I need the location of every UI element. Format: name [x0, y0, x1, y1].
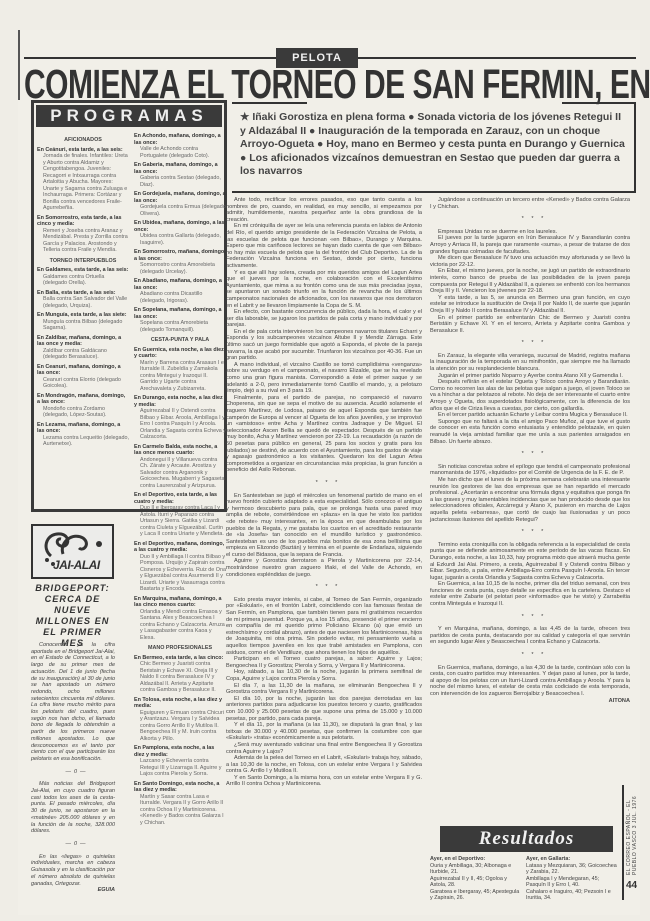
program-matches: Duo II e Ibergaray contra Laca I y Astol…	[134, 505, 226, 538]
separator: * * *	[430, 216, 630, 223]
program-venue: En el Deportivo, mañana, domingo, a las …	[134, 541, 226, 554]
program-category: AFICIONADOS	[37, 137, 129, 144]
program-venue: En Carmelo Balda, esta noche, a las once…	[134, 444, 226, 457]
program-venue: En Guernica, esta noche, a las diez y cu…	[134, 347, 226, 360]
section-header: PELOTA	[24, 48, 636, 52]
program-venue: En Somorrostro, esta tarde, a las cinco …	[37, 215, 129, 228]
paragraph: El día 7, a las 11,30 de la mañana, se e…	[226, 683, 422, 696]
paragraph: Más noticias del Bridgeport Jai-Alai, en…	[31, 781, 115, 835]
program-category: MANO PROFESIONALES	[134, 645, 226, 652]
program-venue: En Santo Domingo, esta noche, a las diez…	[134, 781, 226, 794]
program-matches: Munguía contra Bilbao (delegado Sagarna)…	[37, 319, 129, 332]
paragraph: Me han dicho que el lunes de la próxima …	[430, 477, 630, 523]
program-matches: Galdames contra Ortuella (delegado Orell…	[37, 274, 129, 287]
paragraph: ¿Será muy aventurado vaticinar una final…	[226, 742, 422, 755]
paragraph: Termino esta croniquilla con la obligada…	[430, 542, 630, 582]
programas-box: PROGRAMAS AFICIONADOSEn Ceánuri, esta ta…	[31, 100, 227, 512]
program-venue: En Gaberia, mañana, domingo, a las once:	[134, 162, 226, 175]
paragraph: Conocemos ya la cifra aportada en el Bri…	[31, 642, 115, 763]
paragraph: Y esta tarde, a las 5, se anuncia en Ber…	[430, 295, 630, 315]
program-venue: En Galdames, esta tarde, a las seis:	[37, 267, 129, 274]
program-venue: En Gordejuela, mañana, domingo, a las on…	[134, 191, 226, 204]
paragraph: Sin noticias concretas sobre el epílogo …	[430, 464, 630, 477]
program-matches: Ceanuri contra Elorrio (delegado Goicole…	[37, 377, 129, 390]
jai-alai-logo: JAI-ALAI	[31, 524, 114, 579]
paragraph: En el tercer partido actuarán Echarte y …	[430, 412, 630, 419]
paragraph: Hoy, sábado, a las 10,30 de la noche, ju…	[226, 669, 422, 682]
program-category: CESTA-PUNTA Y PALA	[134, 337, 226, 344]
program-matches: Chic Bermeo y Juaristi contra Beristain …	[134, 661, 226, 694]
program-venue: En Munguía, esta tarde, a las siete:	[37, 312, 129, 319]
paragraph: En el de pala corta intervinieron los ca…	[226, 329, 422, 362]
separator: * * *	[430, 340, 630, 347]
byline: EGUIA	[31, 887, 115, 894]
separator: * * *	[430, 614, 630, 621]
program-venue: En Somorrostro, mañana, domingo, a las o…	[134, 249, 226, 262]
paragraph: El día 10, por la noche, jugarán las dos…	[226, 696, 422, 722]
jai-alai-article: Conocemos ya la cifra aportada en el Bri…	[31, 642, 115, 894]
program-category: TORNEO INTERPUEBLOS	[37, 258, 129, 265]
program-venue: En Mondragón, mañana, domingo, a las onc…	[37, 393, 129, 406]
paragraph: En efecto, con bastante concurrencia de …	[226, 309, 422, 329]
program-matches: Marín y Barrena contra Arasaun I e Iturr…	[134, 360, 226, 393]
paragraph: En Guernica, a las 10,15 de la noche, pr…	[430, 581, 630, 607]
program-venue: En Zaldíbar, mañana, domingo, a las once…	[37, 335, 129, 348]
resultados-title: Resultados	[440, 826, 613, 852]
program-venue: En Tolosa, esta noche, a las diez y medi…	[134, 697, 226, 710]
page-number: 44	[626, 880, 637, 891]
paragraph: Jugándose a continuación un tercero entr…	[430, 197, 630, 210]
program-matches: Lazcano y Echeverría contra Retegui III …	[134, 758, 226, 778]
paragraph: Y el día 11, por la mañana (a las 11,30)…	[226, 722, 422, 742]
newspaper-page: PELOTA COMIENZA EL TORNEO DE SAN FERMIN,…	[18, 30, 640, 915]
program-matches: Sopelana contra Amorebieta (delegado Tom…	[134, 320, 226, 333]
program-matches: Aguirrezabal II y Ostendi contra Bilbao …	[134, 408, 226, 441]
paragraph: Me dicen que Berasaluce IV tuvo una actu…	[430, 255, 630, 268]
result-line: Cahalaro e Iraguiro, 40; Pezsoin I e Iru…	[526, 889, 618, 902]
program-matches: Ubidea contra Gallarta (delegado, Isagui…	[134, 233, 226, 246]
program-venue: En Durango, esta noche, a las diez y med…	[134, 395, 226, 408]
separator: * * *	[430, 652, 630, 659]
paragraph: A mano individual, el vizcaíno Castillo …	[226, 362, 422, 395]
result-line: Latasa y Mezquiaran, 36; Goicoechea y Za…	[526, 863, 618, 876]
article-column-1: Ante todo, rectificar los errores pasado…	[226, 197, 422, 788]
program-matches: Somorrostro contra Amorebieta (delegado …	[134, 262, 226, 275]
jai-alai-logo-text: JAI-ALAI	[53, 558, 100, 572]
page-edge	[18, 30, 20, 100]
program-matches: Mondoño contra Zordamo (delegado, López-…	[37, 406, 129, 419]
separator: —0—	[31, 769, 115, 776]
result-line: Ambillaga I y Mendegaran, 45; Pasquín II…	[526, 876, 618, 889]
separator: * * *	[226, 584, 422, 591]
program-matches: Balla contra San Salvador del Valle (del…	[37, 296, 129, 309]
program-venue: En Marquina, mañana, domingo, a las cinc…	[134, 596, 226, 609]
paragraph: Y es que allí hay solera, creada por mis…	[226, 270, 422, 310]
program-venue: En Ceanuri, mañana, domingo, a las once:	[37, 364, 129, 377]
paragraph: En mi cróniquilla de ayer se leía una re…	[226, 223, 422, 269]
paragraph: Ante todo, rectificar los errores pasado…	[226, 197, 422, 223]
byline: AITONA	[430, 698, 630, 705]
program-matches: Martín y Sasar contra Lasa e Iturralde. …	[134, 794, 226, 827]
program-matches: Abadiano contra Dicastillo (delegado, Ir…	[134, 291, 226, 304]
program-matches: Orlandia y Mendi contra Errasoa y Santan…	[134, 609, 226, 642]
folio-strip: EL CORREO ESPAÑOL - EL PUEBLO VASCO 3 JU…	[622, 785, 636, 900]
separator: * * *	[430, 529, 630, 536]
paragraph: En las «liegas» o quinielas individuales…	[31, 854, 115, 888]
programas-column-1: AFICIONADOSEn Ceánuri, esta tarde, a las…	[37, 133, 129, 451]
program-venue: En Pamplona, esta noche, a las diez y me…	[134, 745, 226, 758]
paragraph: En Zarauz, la elegante villa veraniega, …	[430, 353, 630, 373]
paragraph: Empresas Unidas no se duerme en los laur…	[430, 229, 630, 236]
paragraph: En el primer partido se enfrentarán Chic…	[430, 315, 630, 335]
paragraph: El jueves por la tarde jugaron en Irún B…	[430, 235, 630, 255]
paragraph: Finalmente, para el partido de parejas, …	[226, 395, 422, 474]
paragraph: En Guernica, mañana, domingo, a las 4,30…	[430, 665, 630, 698]
resultados-left: Ayer, en el Deportivo: Ouria y Ambillaga…	[430, 856, 522, 902]
paragraph: Participan en el Torneo cuatro parejas, …	[226, 656, 422, 669]
program-matches: Valle de Achondo contra Portugalete (del…	[134, 146, 226, 159]
publication-name: EL CORREO ESPAÑOL - EL PUEBLO VASCO 3 JU…	[626, 785, 636, 875]
program-matches: Duo II y Ambillaga II contra Bilbao y Po…	[134, 554, 226, 593]
program-venue: En el Deportivo, esta tarde, a las cuatr…	[134, 492, 226, 505]
program-venue: En Ubidea, mañana, domingo, a las once:	[134, 220, 226, 233]
separator: * * *	[430, 451, 630, 458]
bridgeport-headline: BRIDGEPORT: CERCA DE NUEVE MILLONES EN E…	[31, 583, 114, 649]
article-column-2: Jugándose a continuación un tercero entr…	[430, 197, 630, 704]
paragraph: Jugarán el primer partido Noparro y Ayer…	[430, 373, 630, 380]
paragraph: Aguirre y Gorostiza derrotaron a Pierola…	[226, 558, 422, 578]
separator: —0—	[31, 841, 115, 848]
paragraph: Y en Marquina, mañana, domingo, a las 4,…	[430, 626, 630, 646]
program-matches: Remeri y Joseba contra Aranaz y Mendizáb…	[37, 228, 129, 254]
program-matches: Gordejuela contra Ermua (delegado Oliver…	[134, 204, 226, 217]
program-venue: En Lezama, mañana, domingo, a las once:	[37, 422, 129, 435]
subheadline-deck: ★ Iñaki Gorostiza en plena forma ● Sonad…	[232, 103, 636, 193]
program-matches: Zaldíbar contra Galdácano (delegado Bera…	[37, 348, 129, 361]
program-matches: Lezama contra Lequeitio (delegado, Aurte…	[37, 435, 129, 448]
paragraph: Y en Santo Domingo, a la misma hora, con…	[226, 775, 422, 788]
resultados-right: Ayer, en Gallarta: Latasa y Mezquiaran, …	[526, 856, 618, 902]
program-venue: En Abadiano, mañana, domingo, a las once…	[134, 278, 226, 291]
separator: * * *	[226, 480, 422, 487]
program-venue: En Sopelana, mañana, domingo, a las once…	[134, 307, 226, 320]
program-matches: Eguiguren y Ermuan contra Chicuri y Aran…	[134, 710, 226, 743]
paragraph: Además de la pelea del Torneo en el Labr…	[226, 755, 422, 775]
programas-column-2: En Achondo, mañana, domingo, a las once:…	[134, 133, 226, 829]
program-matches: Jornada de finales. Infantiles: Ureta y …	[37, 153, 129, 212]
program-matches: Andonegui II y Villanueva contra Ch. Zár…	[134, 457, 226, 490]
paragraph: En Santesteban se jugó el miércoles un f…	[226, 493, 422, 559]
paragraph: Después reñirán en el estelar Ogueta y T…	[430, 379, 630, 412]
result-line: Ouria y Ambillaga, 30; Albonaga e Iturbi…	[430, 863, 522, 876]
paragraph: Supongo que no faltará a la cita el amig…	[430, 419, 630, 445]
paragraph: En Eibar, el mismo jueves, por la noche,…	[430, 268, 630, 294]
result-line: Aguirrezabal II y II, 45; Ogoloa y Astol…	[430, 876, 522, 889]
paragraph: Esto presta mayor interés, si cabe, al T…	[226, 597, 422, 656]
result-line: Garatxea e Ibergaray, 45; Apestegula y Z…	[430, 889, 522, 902]
program-matches: Gaberia contra Sestao (delegado, Diaz).	[134, 175, 226, 188]
programas-title: PROGRAMAS	[36, 105, 222, 127]
program-venue: En Achondo, mañana, domingo, a las once:	[134, 133, 226, 146]
